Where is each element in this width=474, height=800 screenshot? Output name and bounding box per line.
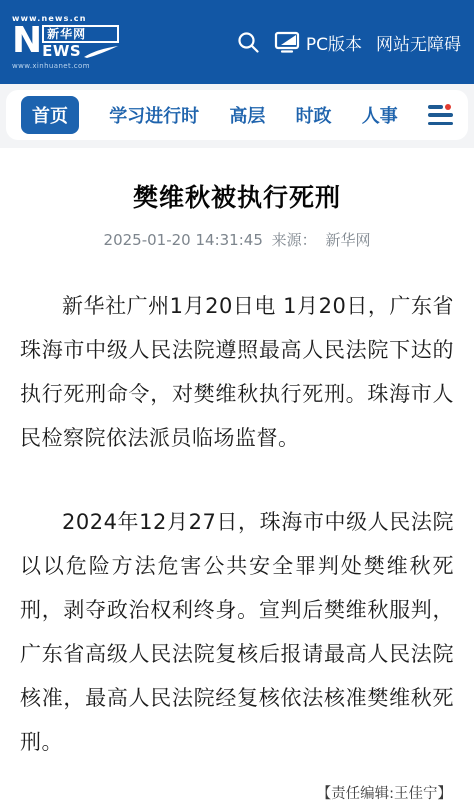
- menu-bar-bottom: [428, 122, 453, 126]
- article-body: 樊维秋被执行死刑 2025-01-20 14:31:45 来源： 新华网 新华社…: [0, 178, 474, 800]
- logo-ews-text: EWS: [42, 44, 81, 59]
- notification-dot: [445, 104, 451, 110]
- paragraph-2: 2024年12月27日，珠海市中级人民法院以以危险方法危害公共安全罪判处樊维秋死…: [20, 500, 454, 764]
- logo-n-letter: N: [12, 25, 41, 57]
- header-actions: PC版本 网站无障碍: [236, 30, 461, 55]
- paragraph-1: 新华社广州1月20日电 1月20日，广东省珠海市中级人民法院遵照最高人民法院下达…: [20, 284, 454, 460]
- nav-tab-renshi[interactable]: 人事: [362, 102, 398, 128]
- monitor-icon: [274, 30, 300, 54]
- nav-tab-xuexi[interactable]: 学习进行时: [109, 102, 199, 128]
- article-title: 樊维秋被执行死刑: [20, 178, 454, 214]
- logo-swoosh-icon: [83, 45, 119, 61]
- search-icon[interactable]: [236, 30, 260, 54]
- nav-tab-shizheng[interactable]: 时政: [296, 102, 332, 128]
- pc-version-label: PC版本: [306, 30, 362, 55]
- source-name[interactable]: 新华网: [325, 231, 370, 249]
- top-header: www.news.cn N 新华网 EWS www.xinhuanet.com: [0, 0, 474, 84]
- publish-datetime: 2025-01-20 14:31:45: [104, 231, 263, 249]
- article-meta: 2025-01-20 14:31:45 来源： 新华网: [20, 229, 454, 250]
- accessibility-link[interactable]: 网站无障碍: [376, 30, 461, 55]
- nav-tab-home[interactable]: 首页: [21, 96, 79, 134]
- menu-bar-middle: [428, 113, 453, 117]
- hamburger-menu-icon[interactable]: [428, 105, 453, 125]
- source-label: 来源：: [272, 231, 317, 249]
- menu-bar-top: [428, 105, 444, 109]
- logo-chinese-name: 新华网: [42, 25, 119, 43]
- nav-bar: 首页 学习进行时 高层 时政 人事: [6, 90, 468, 140]
- pc-version-button[interactable]: PC版本: [274, 30, 362, 55]
- nav-tab-gaoceng[interactable]: 高层: [229, 102, 265, 128]
- xinhuanet-logo[interactable]: www.news.cn N 新华网 EWS www.xinhuanet.com: [12, 15, 119, 70]
- nav-zone: 首页 学习进行时 高层 时政 人事: [0, 84, 474, 148]
- logo-url-bottom: www.xinhuanet.com: [12, 63, 119, 70]
- editor-credit: 【责任编辑:王佳宁】: [20, 782, 454, 800]
- logo-mark: N 新华网 EWS: [12, 25, 119, 61]
